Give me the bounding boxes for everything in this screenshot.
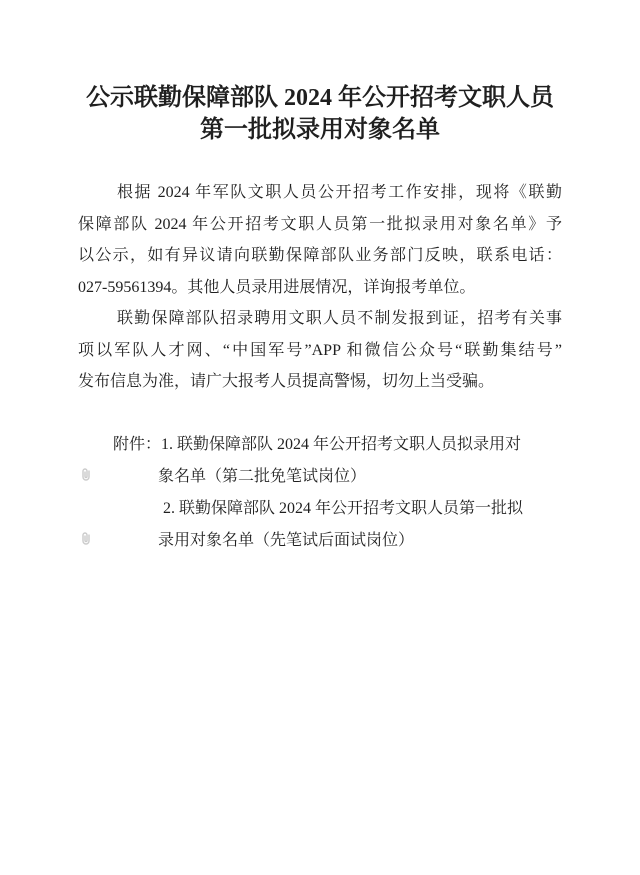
paragraph-line: 保障部队 2024 年公开招考文职人员第一批拟录用对象名单》予 xyxy=(78,209,562,241)
document-page: 公示联勤保障部队 2024 年公开招考文职人员 第一批拟录用对象名单 根据 20… xyxy=(0,0,640,875)
document-title: 公示联勤保障部队 2024 年公开招考文职人员 第一批拟录用对象名单 xyxy=(78,82,562,146)
document-content: 公示联勤保障部队 2024 年公开招考文职人员 第一批拟录用对象名单 根据 20… xyxy=(78,82,562,557)
attachment-line: 附件：1. 联勤保障部队 2024 年公开招考文职人员拟录用对 xyxy=(113,429,562,461)
paragraph-line: 项以军队人才网、“中国军号”APP 和微信公众号“联勤集结号” xyxy=(78,335,562,367)
paragraph-line: 027-59561394。其他人员录用进展情况，详询报考单位。 xyxy=(78,272,562,304)
paragraph-line: 发布信息为准，请广大报考人员提高警惕，切勿上当受骗。 xyxy=(78,366,562,398)
paragraph-2: 联勤保障部队招录聘用文职人员不制发报到证，招考有关事 项以军队人才网、“中国军号… xyxy=(78,303,562,398)
attachment-line: 录用对象名单（先笔试后面试岗位） xyxy=(158,525,562,557)
document-body: 根据 2024 年军队文职人员公开招考工作安排，现将《联勤 保障部队 2024 … xyxy=(78,177,562,557)
document-title-line-2: 第一批拟录用对象名单 xyxy=(78,114,562,146)
paragraph-1: 根据 2024 年军队文职人员公开招考工作安排，现将《联勤 保障部队 2024 … xyxy=(78,177,562,303)
paperclip-icon[interactable] xyxy=(80,531,92,546)
paperclip-icon[interactable] xyxy=(80,467,92,482)
paragraph-line: 以公示，如有异议请向联勤保障部队业务部门反映，联系电话： xyxy=(78,240,562,272)
paragraph-line: 根据 2024 年军队文职人员公开招考工作安排，现将《联勤 xyxy=(78,177,562,209)
paragraph-line: 联勤保障部队招录聘用文职人员不制发报到证，招考有关事 xyxy=(78,303,562,335)
attachment-line: 象名单（第二批免笔试岗位） xyxy=(158,461,562,493)
attachment-line: 2. 联勤保障部队 2024 年公开招考文职人员第一批拟 xyxy=(163,493,562,525)
document-title-line-1: 公示联勤保障部队 2024 年公开招考文职人员 xyxy=(78,82,562,114)
attachments-section: 附件：1. 联勤保障部队 2024 年公开招考文职人员拟录用对 象名单（第二批免… xyxy=(78,429,562,557)
